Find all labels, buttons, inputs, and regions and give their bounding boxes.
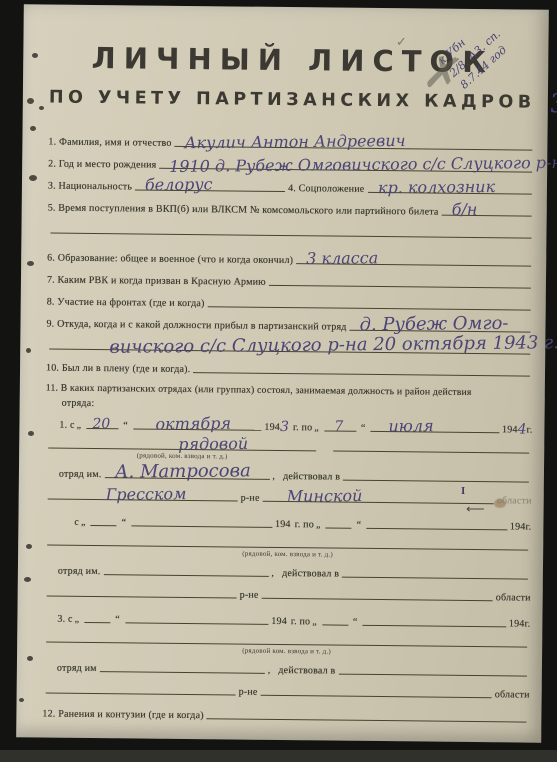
entry1-oblast: Минской bbox=[287, 488, 363, 505]
field-wounds-line bbox=[207, 718, 527, 722]
unit-label: отряд им. bbox=[58, 566, 101, 579]
hole-mark bbox=[26, 544, 32, 549]
entry1-year-to-hw: 4 bbox=[518, 422, 527, 436]
entry1-unit: А. Матросова bbox=[114, 462, 250, 481]
blank-line bbox=[262, 598, 493, 601]
year-printed: 194 bbox=[264, 422, 280, 435]
field-surname-value: Акулич Антон Андреевич bbox=[185, 133, 406, 151]
quote-open: „ bbox=[73, 614, 82, 627]
entry1-day-to-line: 7 bbox=[324, 430, 356, 431]
entry1-position-line: рядовой (рядовой, ком. взвода и т. д.) bbox=[48, 448, 316, 452]
entry3-position-line: (рядовой ком. взвода и т. д.) bbox=[46, 642, 527, 648]
rne-label: р-не bbox=[239, 687, 258, 700]
field-surname-label: 1. Фамилия, имя и отчество bbox=[48, 137, 171, 151]
blank-line bbox=[342, 577, 528, 580]
hole-mark bbox=[26, 348, 31, 353]
blank-month-line bbox=[125, 622, 268, 625]
rne-label: р-не bbox=[240, 590, 259, 603]
hole-mark bbox=[32, 53, 38, 58]
operated-in-label: действовал в bbox=[270, 665, 335, 679]
field-education-line: 3 класса bbox=[296, 263, 531, 266]
quote-close: “ bbox=[121, 420, 130, 433]
g-po: г. по bbox=[287, 616, 310, 629]
form-content: ЛИЧНЫЙ ЛИСТОК ПО УЧЕТУ ПАРТИЗАНСКИХ КАДР… bbox=[42, 5, 536, 727]
blank-line bbox=[103, 574, 268, 577]
entry1-position-row: рядовой (рядовой, ком. взвода и т. д.) bbox=[45, 433, 532, 458]
blank-day-line bbox=[322, 624, 348, 625]
quote-open: „ bbox=[312, 422, 321, 435]
entry1-year-from-hw: 3 bbox=[280, 420, 289, 434]
quote-close: “ bbox=[120, 517, 129, 530]
field-surname-line: Акулич Антон Андреевич bbox=[175, 146, 533, 151]
blank-line bbox=[46, 693, 236, 696]
blank-month-line bbox=[366, 528, 507, 530]
entry3-position-row: (рядовой ком. взвода и т. д.) bbox=[43, 627, 530, 652]
entry1-prefix: 1. с bbox=[59, 420, 74, 433]
entry2-position-line: (рядовой, ком. взвода и т. д.) bbox=[47, 545, 528, 551]
field-birth-line: 1910 д. Рубеж Омговичского с/с Слуцкого … bbox=[159, 168, 532, 173]
hole-mark bbox=[29, 175, 37, 181]
blank-line bbox=[333, 451, 529, 454]
blank-line bbox=[50, 233, 531, 239]
field-wounds: 12. Ранения и контузии (где и когда) bbox=[42, 700, 529, 727]
handwritten-page-number: 3 bbox=[548, 88, 557, 119]
quote-open: „ bbox=[79, 517, 88, 530]
field-social-label: 4. Соцположение bbox=[288, 183, 364, 197]
field-captivity-line bbox=[193, 372, 530, 377]
blank-day-line bbox=[84, 622, 110, 623]
entry1-district-line: Гресском bbox=[48, 499, 238, 502]
ink-arrow-mark: ⟵ bbox=[466, 501, 485, 517]
paper-stain bbox=[494, 499, 506, 508]
field-rvk-line bbox=[269, 285, 531, 289]
quote-close: “ bbox=[355, 520, 364, 533]
blank-line bbox=[343, 480, 529, 483]
operated-in-label: действовал в bbox=[275, 471, 340, 485]
hole-mark bbox=[27, 656, 33, 661]
entry2-position-row: (рядовой, ком. взвода и т. д.) bbox=[44, 530, 531, 555]
quote-close: “ bbox=[359, 423, 368, 436]
blank-line bbox=[261, 695, 492, 698]
oblast-label: области bbox=[496, 592, 531, 605]
unit-label: отряд им. bbox=[59, 469, 102, 482]
pencil-check-mark: ✓ bbox=[396, 34, 407, 50]
quote-close: “ bbox=[113, 614, 122, 627]
year-printed: 194 bbox=[275, 519, 291, 532]
hole-mark bbox=[27, 98, 34, 104]
field-arrival-value2: вичского с/с Слуцкого р-на 20 октября 19… bbox=[109, 334, 557, 357]
field-education-value: 3 класса bbox=[306, 250, 378, 267]
entry1-month-to: июля bbox=[389, 418, 434, 434]
g-dot: г. bbox=[525, 522, 531, 535]
quote-open: „ bbox=[310, 616, 319, 629]
oblast-label: области bbox=[495, 689, 530, 702]
scanned-form-paper: ЛИЧНЫЙ ЛИСТОК ПО УЧЕТУ ПАРТИЗАНСКИХ КАДР… bbox=[16, 4, 549, 742]
field-units-label2: отряда: bbox=[46, 398, 95, 412]
entry1-month-to-line: июля bbox=[371, 431, 499, 433]
year-printed: 194 bbox=[509, 618, 525, 631]
blank-month-line bbox=[131, 525, 272, 527]
blank-day-line bbox=[91, 525, 117, 526]
rne-label: р-не bbox=[241, 493, 260, 506]
field-birth-label: 2. Год и место рождения bbox=[48, 159, 156, 173]
entry1-day-from-line: 20 bbox=[86, 428, 118, 429]
blank-line bbox=[100, 671, 265, 674]
field-fronts-line bbox=[208, 306, 531, 310]
g-dot: г. bbox=[524, 619, 530, 632]
field-social-line: кр. колхозник bbox=[367, 192, 531, 195]
g-dot: г. bbox=[526, 425, 532, 438]
field-nationality-value: белорус bbox=[145, 177, 213, 194]
ink-insert-mark: I bbox=[461, 485, 465, 497]
entry1-day-to: 7 bbox=[334, 420, 343, 434]
hole-mark bbox=[39, 106, 44, 110]
blank-line bbox=[47, 596, 237, 599]
entry3-prefix: 3. с bbox=[57, 614, 72, 627]
entry1-day-from: 20 bbox=[92, 417, 110, 431]
entry1-month-from-line: октября bbox=[133, 428, 261, 430]
entry1-oblast-line: Минской bbox=[263, 501, 494, 504]
field-arrival-value1: д. Рубеж Омго- bbox=[360, 315, 509, 335]
blank-line bbox=[338, 674, 526, 677]
g-po: г. по bbox=[291, 519, 314, 532]
operated-in-label: действовал в bbox=[274, 568, 339, 582]
field-party-line: б/н bbox=[442, 215, 532, 217]
unit-label: отряд им bbox=[57, 663, 97, 676]
blank-day-line bbox=[326, 527, 352, 528]
form-subtitle: ПО УЧЕТУ ПАРТИЗАНСКИХ КАДРОВ bbox=[49, 88, 536, 113]
field-social-value: кр. колхозник bbox=[377, 179, 494, 196]
year-printed: 194 bbox=[271, 616, 287, 629]
scan-bottom-strip bbox=[0, 750, 557, 762]
quote-open: „ bbox=[75, 420, 84, 433]
quote-close: “ bbox=[351, 617, 360, 630]
year-printed: 194 bbox=[510, 521, 526, 534]
g-po: г. по bbox=[289, 422, 312, 435]
entry1-district: Гресском bbox=[106, 486, 187, 503]
field-birth-value: 1910 д. Рубеж Омговичского с/с Слуцкого … bbox=[169, 155, 557, 175]
year-printed: 194 bbox=[502, 424, 518, 437]
entry1-position: рядовой bbox=[178, 436, 248, 453]
quote-open: „ bbox=[314, 519, 323, 532]
entry1-month-from: октября bbox=[155, 416, 231, 433]
hole-mark bbox=[28, 431, 34, 436]
field-nationality-label: 3. Национальность bbox=[48, 181, 132, 195]
field-party-value: б/н bbox=[452, 202, 478, 218]
hole-mark bbox=[19, 698, 24, 702]
hole-mark bbox=[27, 261, 34, 266]
entry1-unit-line: А. Матросова bbox=[104, 477, 269, 480]
hole-mark bbox=[30, 126, 36, 131]
field-wounds-label: 12. Ранения и контузии (где и когда) bbox=[42, 709, 204, 724]
field-nationality-line: белорус bbox=[135, 189, 285, 192]
hole-mark bbox=[24, 577, 31, 582]
blank-month-line bbox=[363, 625, 506, 628]
